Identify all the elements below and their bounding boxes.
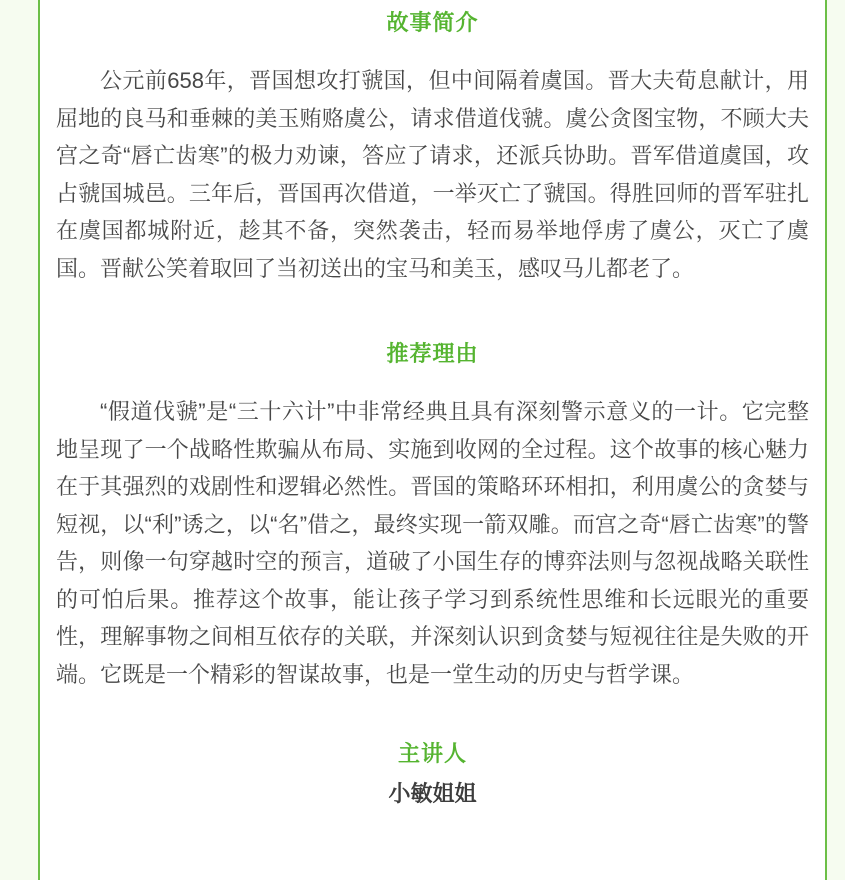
section-heading-speaker: 主讲人 (56, 739, 809, 769)
speaker-name: 小敏姐姐 (56, 779, 809, 809)
story-intro-paragraph: 公元前658年，晋国想攻打虢国，但中间隔着虞国。晋大夫荀息献计，用屈地的良马和垂… (56, 62, 809, 287)
article-content-card: 故事简介 公元前658年，晋国想攻打虢国，但中间隔着虞国。晋大夫荀息献计，用屈地… (38, 0, 827, 880)
recommendation-paragraph: “假道伐虢”是“三十六计”中非常经典且具有深刻警示意义的一计。它完整地呈现了一个… (56, 393, 809, 693)
section-heading-recommendation: 推荐理由 (56, 339, 809, 369)
article-page: 故事简介 公元前658年，晋国想攻打虢国，但中间隔着虞国。晋大夫荀息献计，用屈地… (0, 0, 845, 880)
section-heading-story-intro: 故事简介 (56, 8, 809, 38)
